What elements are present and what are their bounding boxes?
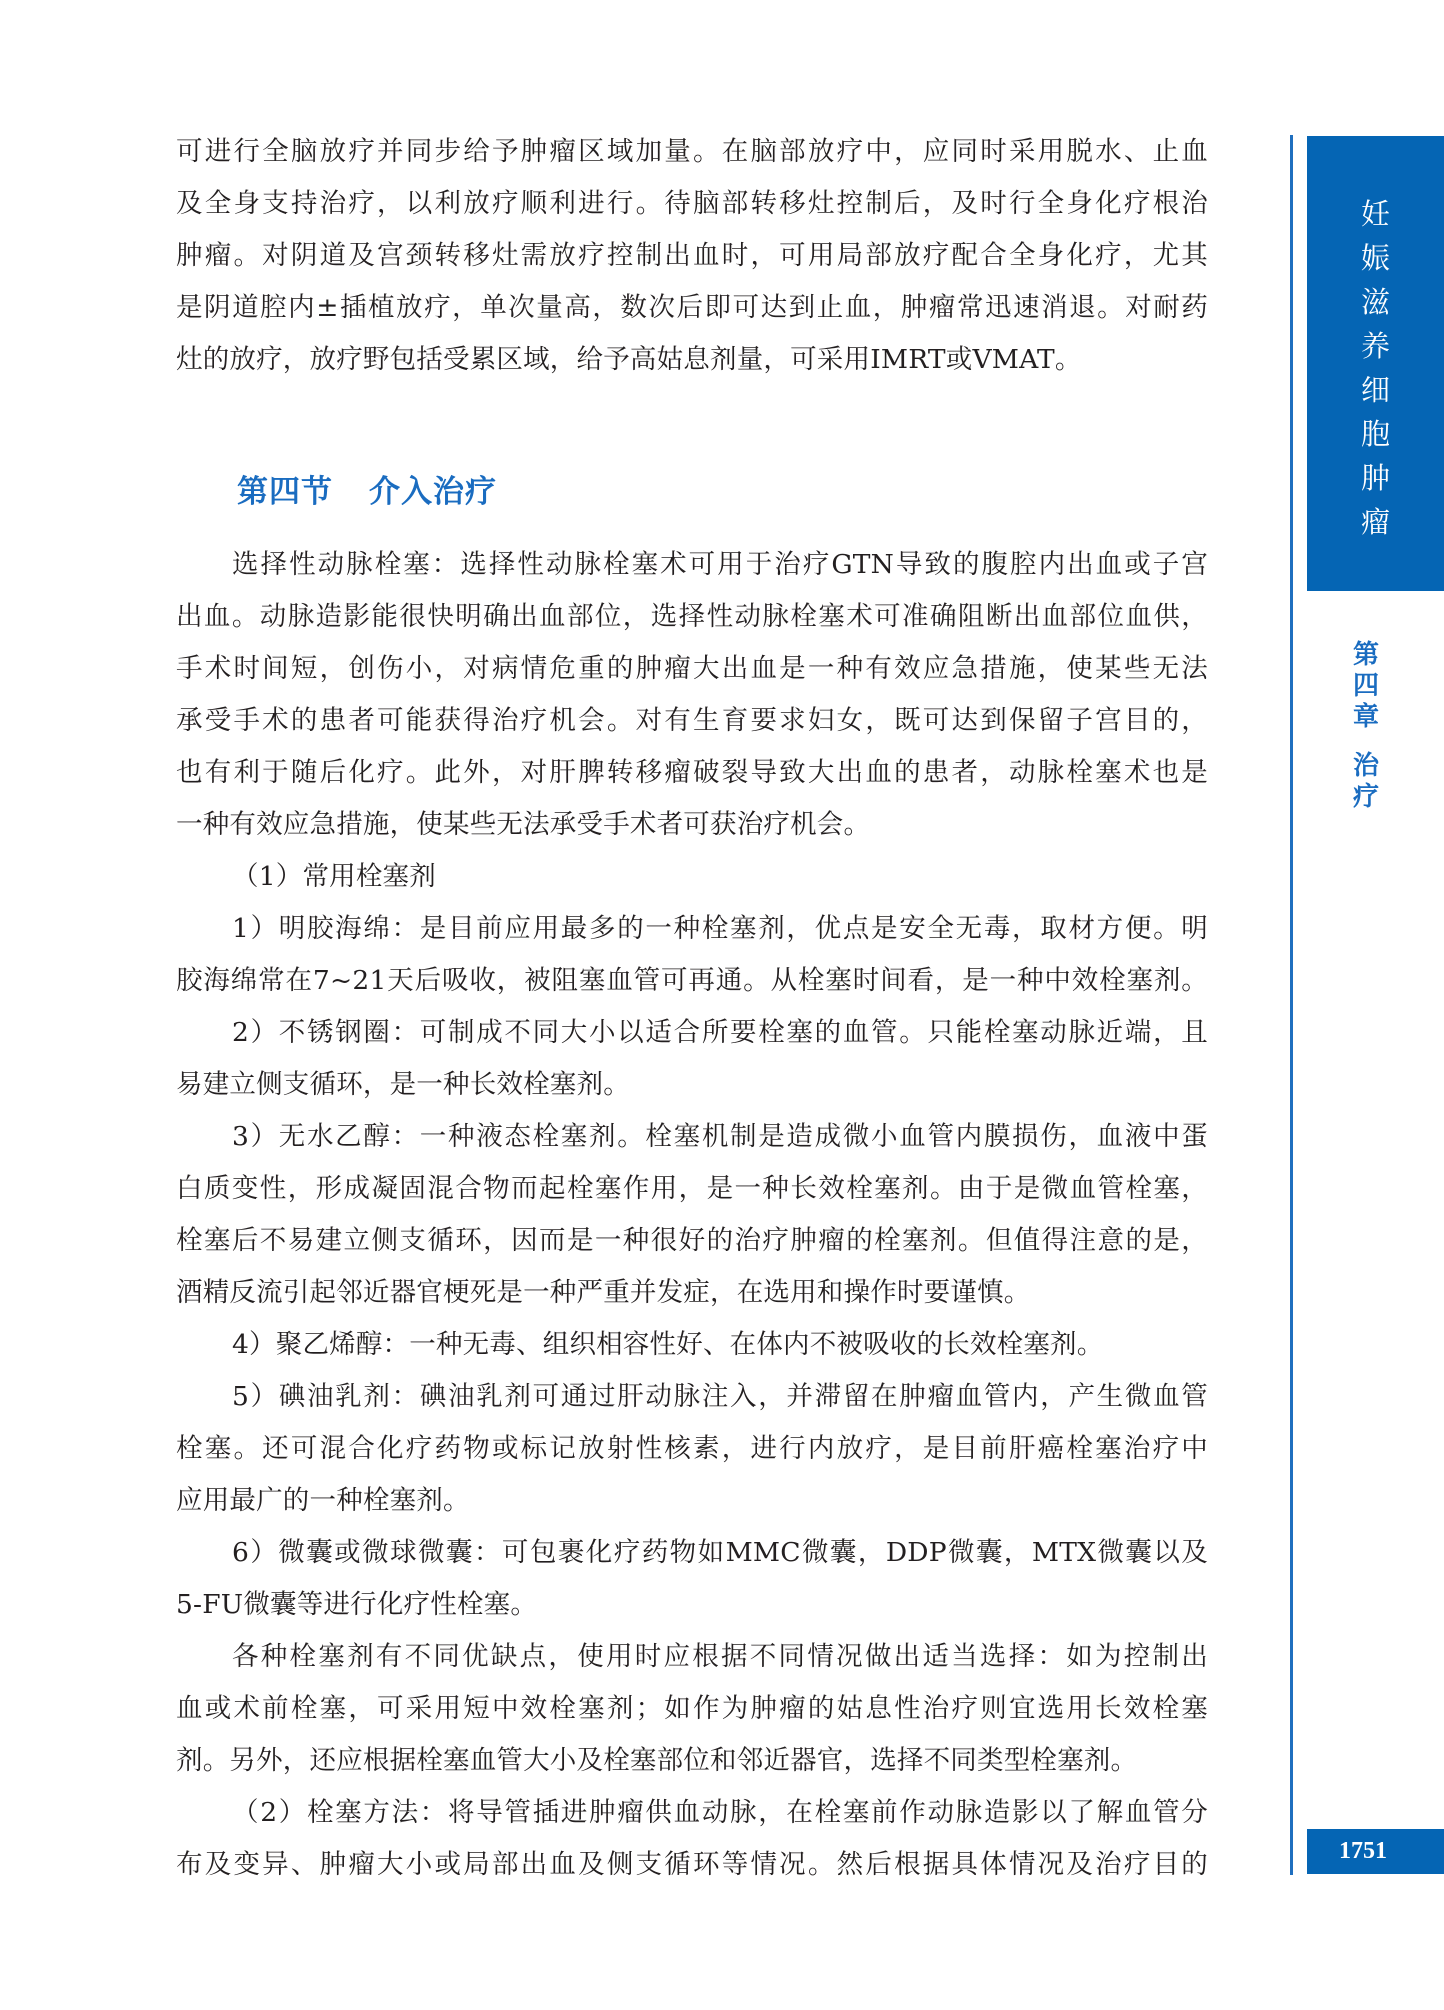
chapter-topic-char: 疗 [1353, 782, 1379, 813]
book-title-char: 娠 [1361, 236, 1390, 280]
chapter-topic-char: 治 [1353, 751, 1379, 782]
text-line: 5-FU微囊等进行化疗性栓塞。 [176, 1579, 1208, 1631]
list-item-first-line: 6）微囊或微球微囊：可包裹化疗药物如MMC微囊，DDP微囊，MTX微囊以及 [176, 1527, 1208, 1579]
page-number-tab: 1751 [1307, 1829, 1444, 1874]
text-line: 可进行全脑放疗并同步给予肿瘤区域加量。在脑部放疗中，应同时采用脱水、止血 [176, 126, 1208, 178]
text-line: 栓塞。还可混合化疗药物或标记放射性核素，进行内放疗，是目前肝癌栓塞治疗中 [176, 1423, 1208, 1475]
subheading-common-embolic-agents: （1）常用栓塞剂 [176, 851, 1208, 903]
list-item-first-line: 1）明胶海绵：是目前应用最多的一种栓塞剂，优点是安全无毒，取材方便。明 [176, 903, 1208, 955]
book-title-char: 肿 [1361, 456, 1390, 500]
book-title-char: 细 [1361, 368, 1390, 412]
list-item-first-line: 5）碘油乳剂：碘油乳剂可通过肝动脉注入，并滞留在肿瘤血管内，产生微血管 [176, 1371, 1208, 1423]
text-line: 是阴道腔内±插植放疗，单次量高，数次后即可达到止血，肿瘤常迅速消退。对耐药 [176, 282, 1208, 334]
section-body: 选择性动脉栓塞：选择性动脉栓塞术可用于治疗GTN导致的腹腔内出血或子宫 出血。动… [176, 539, 1208, 1891]
book-title-char: 养 [1361, 324, 1390, 368]
text-line: 灶的放疗，放疗野包括受累区域，给予高姑息剂量，可采用IMRT或VMAT。 [176, 334, 1208, 386]
continued-paragraph: 可进行全脑放疗并同步给予肿瘤区域加量。在脑部放疗中，应同时采用脱水、止血 及全身… [176, 126, 1208, 386]
paragraph-first-line: 各种栓塞剂有不同优缺点，使用时应根据不同情况做出适当选择：如为控制出 [176, 1631, 1208, 1683]
text-line: 血或术前栓塞，可采用短中效栓塞剂；如作为肿瘤的姑息性治疗则宜选用长效栓塞 [176, 1683, 1208, 1735]
book-title-char: 胞 [1361, 412, 1390, 456]
paragraph-first-line: 选择性动脉栓塞：选择性动脉栓塞术可用于治疗GTN导致的腹腔内出血或子宫 [176, 539, 1208, 591]
section-title: 介入治疗 [369, 474, 497, 510]
list-item-first-line: 4）聚乙烯醇：一种无毒、组织相容性好、在体内不被吸收的长效栓塞剂。 [176, 1319, 1208, 1371]
text-line: 剂。另外，还应根据栓塞血管大小及栓塞部位和邻近器官，选择不同类型栓塞剂。 [176, 1735, 1208, 1787]
chapter-char: 第 [1353, 640, 1379, 671]
margin-rule [1290, 135, 1293, 1875]
text-line: 栓塞后不易建立侧支循环，因而是一种很好的治疗肿瘤的栓塞剂。但值得注意的是， [176, 1215, 1208, 1267]
text-line: 布及变异、肿瘤大小或局部出血及侧支循环等情况。然后根据具体情况及治疗目的 [176, 1839, 1208, 1891]
text-line: 胶海绵常在7~21天后吸收，被阻塞血管可再通。从栓塞时间看，是一种中效栓塞剂。 [176, 955, 1208, 1007]
text-line: 白质变性，形成凝固混合物而起栓塞作用，是一种长效栓塞剂。由于是微血管栓塞， [176, 1163, 1208, 1215]
text-line: 手术时间短，创伤小，对病情危重的肿瘤大出血是一种有效应急措施，使某些无法 [176, 643, 1208, 695]
section-heading: 第四节介入治疗 [237, 466, 497, 511]
text-line: 应用最广的一种栓塞剂。 [176, 1475, 1208, 1527]
list-item-first-line: 3）无水乙醇：一种液态栓塞剂。栓塞机制是造成微小血管内膜损伤，血液中蛋 [176, 1111, 1208, 1163]
book-title-char: 滋 [1361, 280, 1390, 324]
text-line: 一种有效应急措施，使某些无法承受手术者可获治疗机会。 [176, 799, 1208, 851]
text-line: 及全身支持治疗，以利放疗顺利进行。待脑部转移灶控制后，及时行全身化疗根治 [176, 178, 1208, 230]
document-page: 可进行全脑放疗并同步给予肿瘤区域加量。在脑部放疗中，应同时采用脱水、止血 及全身… [0, 0, 1444, 2010]
section-number: 第四节 [237, 474, 333, 510]
chapter-char: 章 [1353, 702, 1379, 733]
book-title-char: 妊 [1361, 192, 1390, 236]
text-line: 肿瘤。对阴道及宫颈转移灶需放疗控制出血时，可用局部放疗配合全身化疗，尤其 [176, 230, 1208, 282]
page-number: 1751 [1339, 1838, 1387, 1865]
chapter-char: 四 [1353, 671, 1379, 702]
chapter-label: 第 四 章 治 疗 [1350, 640, 1382, 813]
text-line: 易建立侧支循环，是一种长效栓塞剂。 [176, 1059, 1208, 1111]
subheading-embolization-method: （2）栓塞方法：将导管插进肿瘤供血动脉，在栓塞前作动脉造影以了解血管分 [176, 1787, 1208, 1839]
list-item-first-line: 2）不锈钢圈：可制成不同大小以适合所要栓塞的血管。只能栓塞动脉近端，且 [176, 1007, 1208, 1059]
book-title-tab: 妊 娠 滋 养 细 胞 肿 瘤 [1307, 136, 1444, 591]
text-line: 酒精反流引起邻近器官梗死是一种严重并发症，在选用和操作时要谨慎。 [176, 1267, 1208, 1319]
text-line: 出血。动脉造影能很快明确出血部位，选择性动脉栓塞术可准确阻断出血部位血供， [176, 591, 1208, 643]
text-line: 也有利于随后化疗。此外，对肝脾转移瘤破裂导致大出血的患者，动脉栓塞术也是 [176, 747, 1208, 799]
text-line: 承受手术的患者可能获得治疗机会。对有生育要求妇女，既可达到保留子宫目的， [176, 695, 1208, 747]
book-title-char: 瘤 [1361, 500, 1390, 544]
